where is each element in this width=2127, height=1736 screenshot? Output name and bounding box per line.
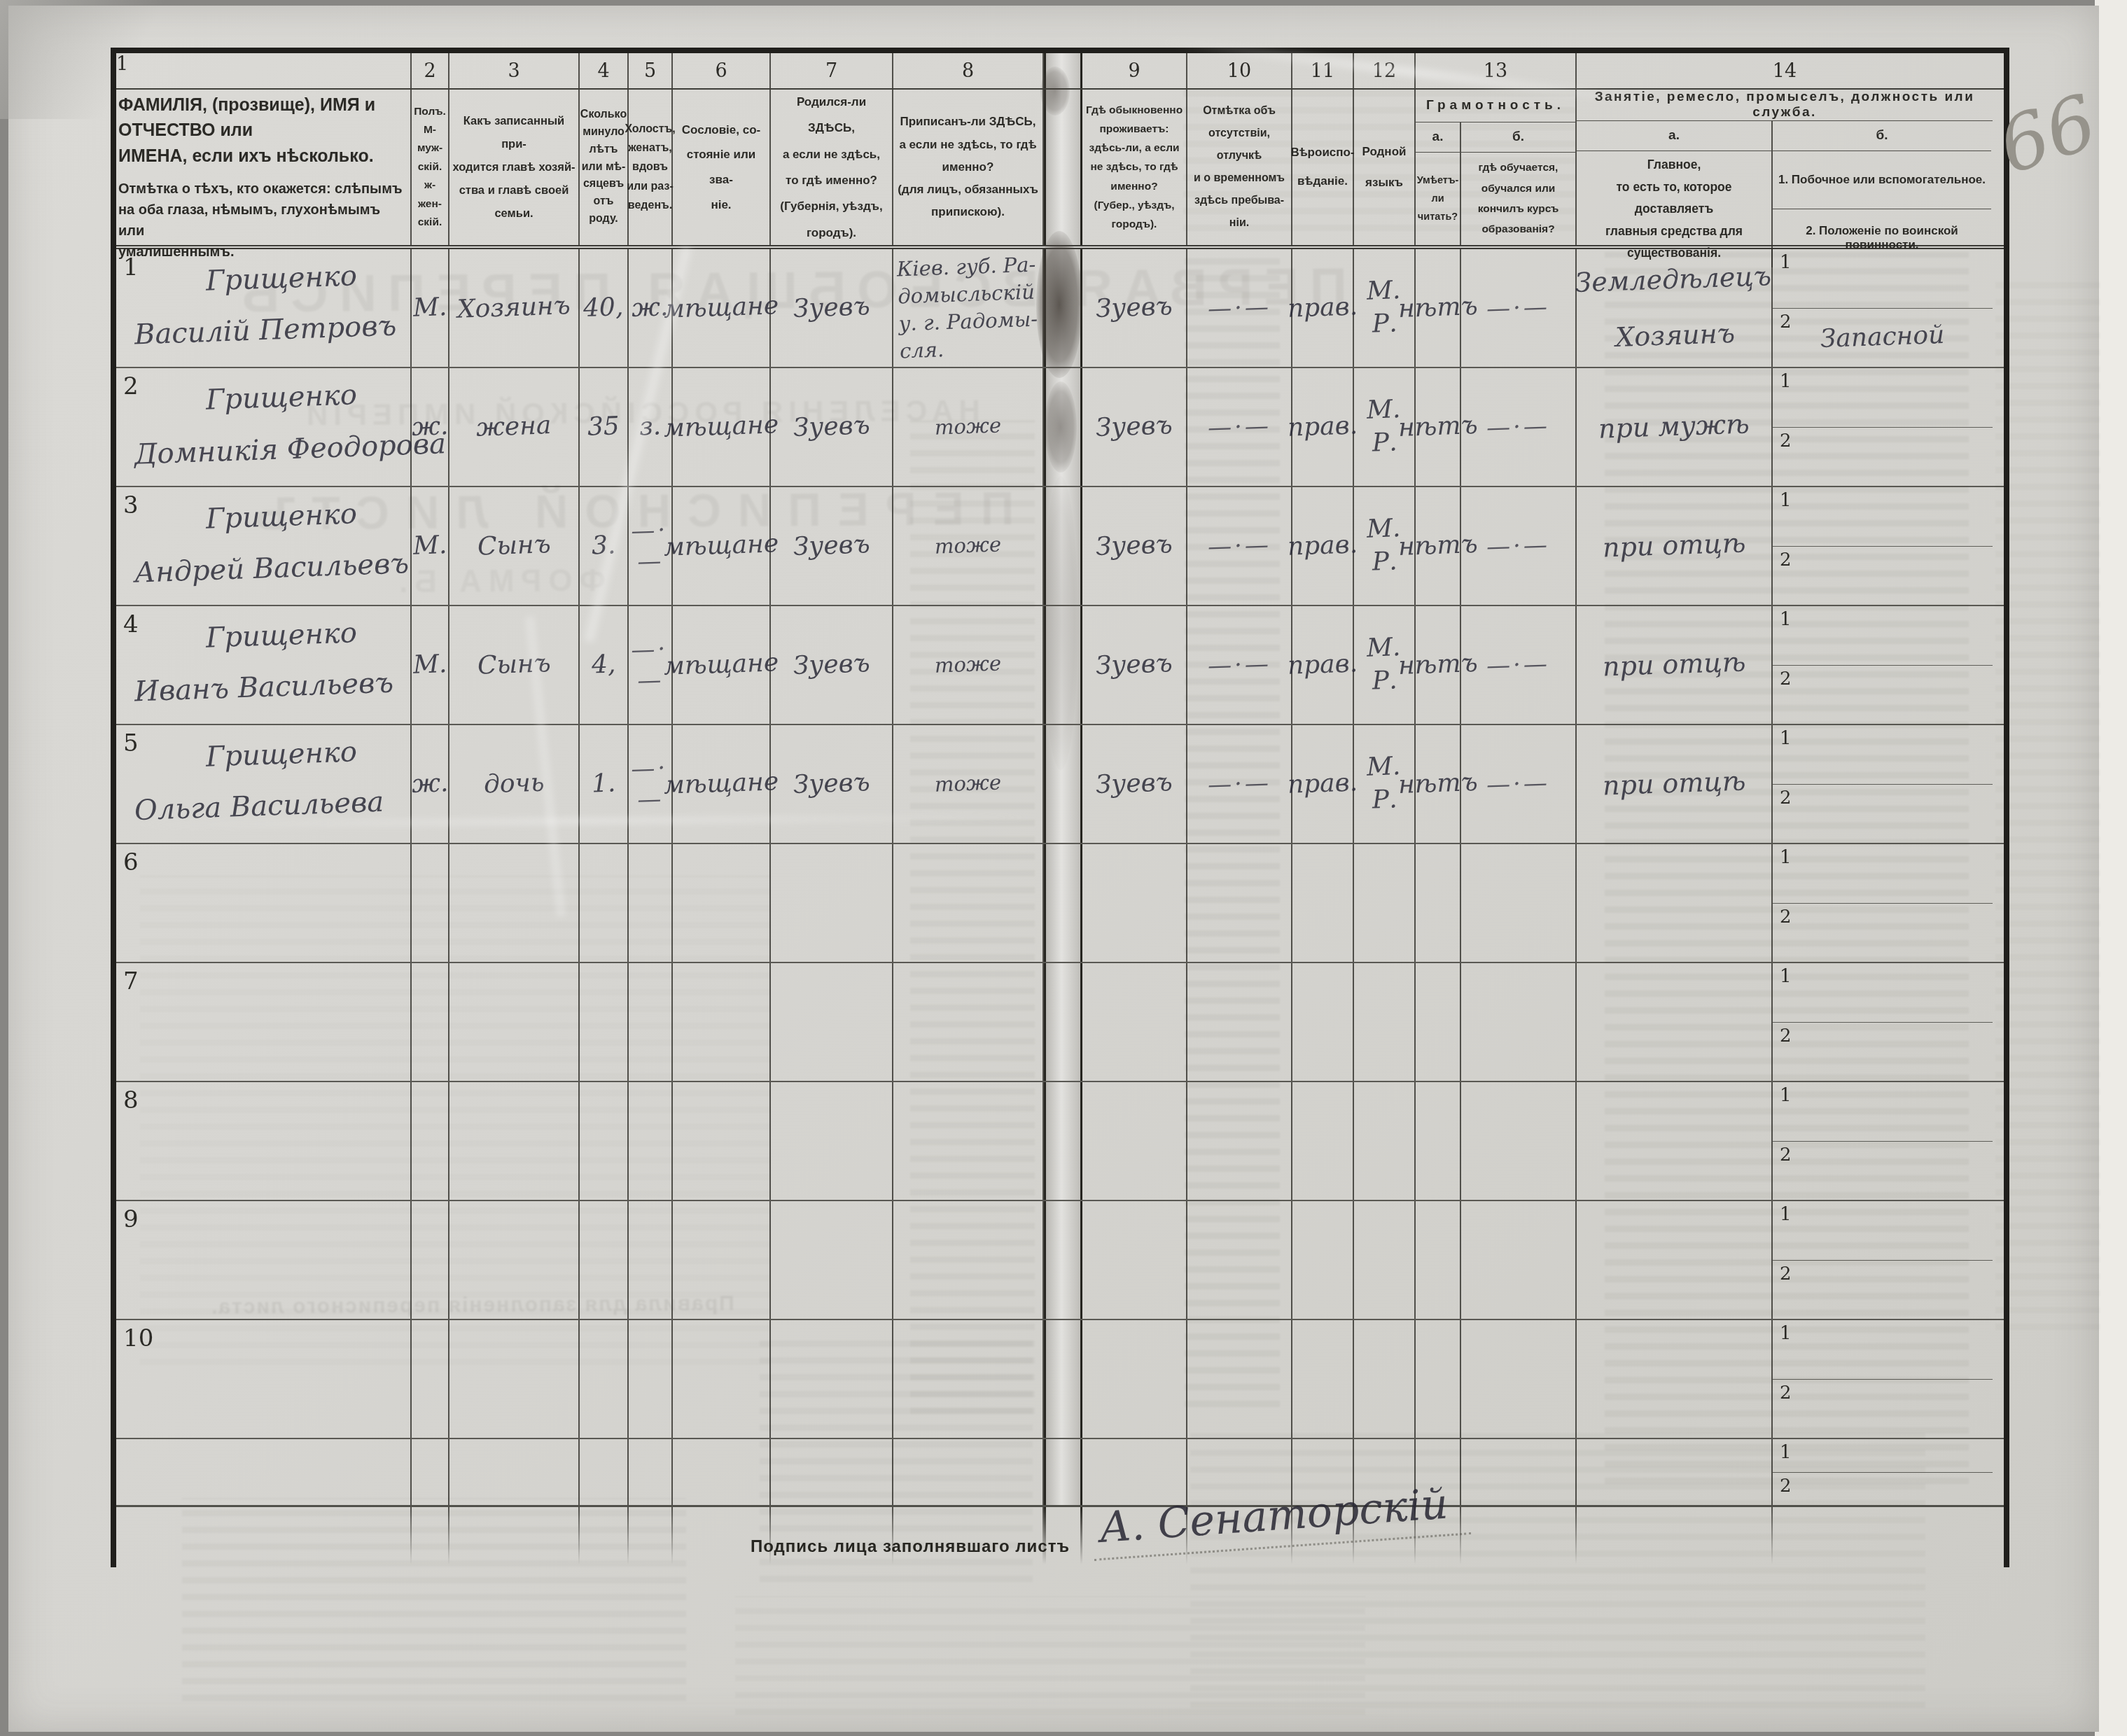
cell-c13a: нѣтъ	[1416, 249, 1461, 367]
occupation-subcell-2: 2Запасной	[1773, 308, 1993, 367]
subcell-number: 1	[1780, 1442, 1792, 1463]
header-occupation-a: а. Главное, то есть то, которое доставля…	[1577, 121, 1773, 267]
cell-c11: прав.	[1292, 368, 1354, 486]
header-name-column: ФАМИЛІЯ, (прозвище), ИМЯ и ОТЧЕСТВО или …	[116, 90, 412, 245]
handwritten-entry: при отцѣ	[1602, 516, 1747, 577]
table-row: 912	[116, 1201, 2004, 1320]
cell-c9	[1082, 1320, 1187, 1438]
header-sub-label-b: б.	[1773, 121, 1991, 151]
header-estate: Сословіе, со- стояніе или зва- ніе.	[673, 90, 771, 245]
cell-c8	[893, 844, 1044, 962]
cell-c11	[1292, 844, 1354, 962]
cell-name: 7	[116, 963, 412, 1081]
handwritten-entry: Зуевъ	[793, 290, 870, 326]
cell-c10	[1187, 1082, 1292, 1200]
handwritten-entry: Грищенко	[205, 734, 358, 776]
cell-c9	[1082, 1439, 1187, 1505]
column-number: 8	[893, 53, 1044, 88]
cell-c2	[412, 1201, 449, 1319]
subcell-number: 2	[1780, 906, 1792, 927]
cell-c4	[580, 963, 629, 1081]
occupation-subcell-1: 1	[1773, 368, 1993, 427]
handwritten-entry: М.	[412, 291, 447, 325]
table-row: 812	[116, 1082, 2004, 1201]
occupation-subcell-2: 2	[1773, 1379, 1993, 1438]
cell-name: 9	[116, 1201, 412, 1319]
cell-c11	[1292, 1201, 1354, 1319]
cell-c13b	[1461, 963, 1577, 1081]
handwritten-entry: Кіев. губ. Ра- домысльскій у. г. Радомы-…	[897, 251, 1040, 365]
occupation-subcell-1: 1	[1773, 606, 1993, 665]
subcell-number: 2	[1780, 1025, 1792, 1046]
handwritten-entry: дочь	[483, 766, 545, 801]
occupation-subcell-2: 2	[1773, 1472, 1993, 1506]
cell-c11	[1292, 1320, 1354, 1438]
cell-c14a: при отцѣ	[1577, 725, 1773, 843]
cell-c11: прав.	[1292, 487, 1354, 605]
handwritten-entry: тоже	[934, 650, 1001, 680]
cell-c2	[412, 1439, 449, 1505]
cell-c13a	[1416, 1082, 1461, 1200]
handwritten-entry: —·—	[1207, 291, 1271, 324]
cell-c2: М.	[412, 249, 449, 367]
header-marital: Холостъ, женатъ, вдовъ или раз- веденъ.	[629, 90, 673, 245]
cell-c6	[673, 1082, 771, 1200]
cell-occupation-side: 12	[1773, 1439, 1993, 1505]
handwritten-entry: ж.	[411, 410, 449, 444]
handwritten-entry: Зуевъ	[1095, 409, 1173, 445]
row-number: 9	[123, 1205, 139, 1233]
handwritten-entry: —·—	[1207, 410, 1271, 443]
cell-c6: мѣщане	[673, 725, 771, 843]
handwritten-entry: —·—	[1486, 410, 1550, 443]
cell-c13b: —·—	[1461, 725, 1577, 843]
fold-strip	[1044, 1439, 1082, 1505]
cell-c11: прав.	[1292, 725, 1354, 843]
cell-c2: ж.	[412, 368, 449, 486]
cell-c13a: нѣтъ	[1416, 487, 1461, 605]
cell-occupation-side: 12Запасной	[1773, 249, 1993, 367]
header-registration: Приписанъ-ли ЗДѢСЬ, а если не здѣсь, то …	[893, 90, 1044, 245]
cell-c14a	[1577, 1320, 1773, 1438]
cell-c7: Зуевъ	[771, 368, 893, 486]
cell-c9	[1082, 963, 1187, 1081]
cell-c9: Зуевъ	[1082, 606, 1187, 724]
handwritten-entry: мѣщане	[663, 766, 779, 802]
subcell-number: 2	[1780, 311, 1792, 332]
cell-c12	[1354, 1201, 1416, 1319]
occupation-subcell-1: 1	[1773, 725, 1993, 784]
cell-c2: М.	[412, 487, 449, 605]
cell-c13b: —·—	[1461, 249, 1577, 367]
cell-name: 4ГрищенкоИванъ Васильевъ	[116, 606, 412, 724]
handwritten-entry: М.	[412, 529, 447, 563]
cell-c6	[673, 1201, 771, 1319]
handwritten-entry: при мужѣ	[1598, 396, 1750, 457]
header-occupation-side: 1. Побочное или вспомогательное.	[1773, 151, 1991, 209]
handwritten-entry: прав.	[1287, 647, 1358, 682]
subcell-number: 1	[1780, 371, 1792, 392]
cell-c9: Зуевъ	[1082, 725, 1187, 843]
column-number: 6	[673, 53, 771, 88]
header-literacy-a: а. Умѣетъ- ли читать?	[1416, 122, 1461, 245]
header-language: Родной языкъ	[1354, 90, 1416, 245]
occupation-subcell-2: 2	[1773, 1260, 1993, 1319]
table-row: 1012	[116, 1320, 2004, 1439]
row-number: 1	[123, 253, 139, 281]
handwritten-entry: М.	[412, 648, 447, 682]
cell-c10: —·—	[1187, 606, 1292, 724]
cell-name: 8	[116, 1082, 412, 1200]
cell-name	[116, 1439, 412, 1505]
row-number: 10	[123, 1324, 153, 1352]
handwritten-entry: ж.	[411, 767, 449, 801]
column-number: 14	[1577, 53, 1993, 88]
handwritten-entry: Зуевъ	[793, 528, 870, 564]
handwritten-entry: тоже	[934, 531, 1001, 561]
fold-strip	[1044, 844, 1082, 962]
ghost-text-block	[735, 1596, 1365, 1715]
cell-c12	[1354, 1320, 1416, 1438]
cell-c11: прав.	[1292, 249, 1354, 367]
cell-occupation-side: 12	[1773, 606, 1993, 724]
cell-c7	[771, 963, 893, 1081]
handwritten-entry: 4,	[591, 648, 616, 682]
subcell-number: 1	[1780, 609, 1792, 630]
subcell-number: 1	[1780, 1204, 1792, 1225]
cell-c14a	[1577, 1439, 1773, 1505]
handwritten-entry: Андрей Васильевъ	[134, 545, 410, 591]
cell-c8: тоже	[893, 487, 1044, 605]
handwritten-entry: мѣщане	[663, 528, 779, 564]
occupation-subcell-2: 2	[1773, 1141, 1993, 1200]
cell-name: 2ГрищенкоДомникія Феодорова	[116, 368, 412, 486]
handwritten-entry: Запасной	[1820, 319, 1946, 356]
cell-c2	[412, 844, 449, 962]
subcell-number: 2	[1780, 1382, 1792, 1403]
handwritten-entry: Василій Петровъ	[134, 307, 397, 353]
occupation-subcell-2: 2	[1773, 1022, 1993, 1081]
cell-c2	[412, 1082, 449, 1200]
fold-strip	[1044, 1201, 1082, 1319]
cell-c10	[1187, 963, 1292, 1081]
cell-c10: —·—	[1187, 368, 1292, 486]
handwritten-entry: Домникія Феодорова	[134, 426, 447, 472]
cell-occupation-side: 12	[1773, 368, 1993, 486]
fold-strip	[1044, 963, 1082, 1081]
cell-c2: М.	[412, 606, 449, 724]
column-number: 7	[771, 53, 893, 88]
cell-c7	[771, 1320, 893, 1438]
cell-c5	[629, 963, 673, 1081]
header-relation: Какъ записанный при- ходится главѣ хозяй…	[449, 90, 580, 245]
row-number: 6	[123, 848, 139, 876]
fold-tear-mark	[1045, 381, 1077, 472]
cell-occupation-side: 12	[1773, 1082, 1993, 1200]
handwritten-entry: прав.	[1287, 766, 1358, 801]
cell-c10: —·—	[1187, 725, 1292, 843]
header-literacy-b: б. гдѣ обучается, обучался или кончилъ к…	[1461, 122, 1575, 245]
handwritten-entry: Зуевъ	[1095, 290, 1173, 326]
subcell-number: 1	[1780, 966, 1792, 987]
fold-strip	[1044, 1320, 1082, 1438]
cell-c4	[580, 1082, 629, 1200]
header-sex: Полъ. М-муж- скій. ж-жен- скій.	[412, 90, 449, 245]
cell-c3	[449, 963, 580, 1081]
cell-c8: Кіев. губ. Ра- домысльскій у. г. Радомы-…	[893, 249, 1044, 367]
handwritten-entry: Сынъ	[477, 528, 551, 563]
cell-c3	[449, 1082, 580, 1200]
header-residence: Гдѣ обыкновенно проживаетъ: здѣсь-ли, а …	[1082, 90, 1187, 245]
cell-c10	[1187, 1201, 1292, 1319]
cell-c8: тоже	[893, 368, 1044, 486]
header-religion: Вѣроиспо- вѣданіе.	[1292, 90, 1354, 245]
handwritten-entry: тоже	[934, 412, 1001, 442]
fold-strip	[1044, 1082, 1082, 1200]
handwritten-entry: тоже	[934, 769, 1001, 799]
cell-c7	[771, 844, 893, 962]
cell-c3: Сынъ	[449, 487, 580, 605]
occupation-subcell-1: 1	[1773, 1439, 1993, 1472]
cell-c4	[580, 1320, 629, 1438]
handwritten-entry: Зуевъ	[1095, 766, 1173, 802]
cell-occupation-side: 12	[1773, 487, 1993, 605]
table-row: 712	[116, 963, 2004, 1082]
cell-c7	[771, 1082, 893, 1200]
handwritten-entry: при отцѣ	[1602, 754, 1747, 815]
cell-c9	[1082, 1082, 1187, 1200]
handwritten-entry: при отцѣ	[1602, 635, 1747, 696]
handwritten-entry: Зуевъ	[1095, 528, 1173, 564]
cell-c10: —·—	[1187, 487, 1292, 605]
subcell-number: 1	[1780, 490, 1792, 511]
header-literacy-title: Грамотность.	[1416, 90, 1575, 122]
cell-c6: мѣщане	[673, 606, 771, 724]
table-row: 612	[116, 844, 2004, 963]
handwritten-entry: —·—	[1207, 529, 1271, 562]
cell-c14a: Земледѣлецъ Хозяинъ	[1577, 249, 1773, 367]
header-occupation-b: б. 1. Побочное или вспомогательное. 2. П…	[1773, 121, 1991, 267]
cell-c8	[893, 1082, 1044, 1200]
row-number: 8	[123, 1086, 139, 1114]
cell-c13b: —·—	[1461, 487, 1577, 605]
subcell-number: 2	[1780, 549, 1792, 570]
cell-c5	[629, 844, 673, 962]
cell-name: 3ГрищенкоАндрей Васильевъ	[116, 487, 412, 605]
cell-c12	[1354, 844, 1416, 962]
subcell-number: 1	[1780, 847, 1792, 868]
handwritten-entry: прав.	[1287, 290, 1358, 325]
cell-c6: мѣщане	[673, 368, 771, 486]
cell-c13b: —·—	[1461, 368, 1577, 486]
cell-c13a	[1416, 1201, 1461, 1319]
occupation-subcell-1: 1	[1773, 1201, 1993, 1260]
handwritten-entry: Грищенко	[205, 258, 358, 300]
header-sub-label-a: а.	[1577, 121, 1771, 151]
cell-c13a: нѣтъ	[1416, 725, 1461, 843]
cell-c13a	[1416, 963, 1461, 1081]
cell-name: 10	[116, 1320, 412, 1438]
header-sub-label-b: б.	[1461, 122, 1575, 153]
row-number: 4	[123, 610, 139, 638]
handwritten-entry: Земледѣлецъ Хозяинъ	[1574, 248, 1774, 367]
cell-occupation-side: 12	[1773, 725, 1993, 843]
cell-c10	[1187, 844, 1292, 962]
cell-c6	[673, 963, 771, 1081]
column-number: 3	[449, 53, 580, 88]
fold-tear-mark	[1036, 231, 1082, 378]
column-number: 2	[412, 53, 449, 88]
handwritten-entry: Зуевъ	[1095, 647, 1173, 683]
occupation-subcell-2: 2	[1773, 546, 1993, 605]
cell-c13b: —·—	[1461, 606, 1577, 724]
handwritten-entry: —·—	[1486, 529, 1550, 562]
row-number: 3	[123, 491, 139, 519]
subcell-number: 1	[1780, 1085, 1792, 1106]
cell-c9: Зуевъ	[1082, 487, 1187, 605]
ghost-text-block	[1995, 280, 2100, 1330]
cell-c14a: при отцѣ	[1577, 606, 1773, 724]
cell-c14a	[1577, 963, 1773, 1081]
cell-c3: жена	[449, 368, 580, 486]
cell-c11: прав.	[1292, 606, 1354, 724]
cell-c4	[580, 1201, 629, 1319]
cell-c12	[1354, 963, 1416, 1081]
subcell-number: 1	[1780, 1323, 1792, 1344]
cell-c3: Сынъ	[449, 606, 580, 724]
cell-c13a	[1416, 1320, 1461, 1438]
signature-label: Подпись лица заполнявшаго листъ	[751, 1537, 1070, 1557]
handwritten-entry: —·—	[1486, 291, 1550, 324]
subcell-number: 2	[1780, 1476, 1792, 1497]
header-absence: Отмѣтка объ отсутствіи, отлучкѣ и о врем…	[1187, 90, 1292, 245]
row-number: 7	[123, 967, 139, 995]
subcell-number: 1	[1780, 728, 1792, 749]
cell-c9: Зуевъ	[1082, 368, 1187, 486]
cell-c13b	[1461, 844, 1577, 962]
cell-c13b	[1461, 1439, 1577, 1505]
cell-c13a	[1416, 844, 1461, 962]
cell-c14a	[1577, 1201, 1773, 1319]
cell-name: 6	[116, 844, 412, 962]
handwritten-entry: мѣщане	[663, 647, 779, 683]
occupation-subcell-2: 2	[1773, 427, 1993, 486]
cell-occupation-side: 12	[1773, 963, 1993, 1081]
cell-c13b	[1461, 1320, 1577, 1438]
subcell-number: 2	[1780, 1263, 1792, 1284]
subcell-number: 2	[1780, 1144, 1792, 1165]
cell-c6	[673, 1439, 771, 1505]
cell-c3: Хозяинъ	[449, 249, 580, 367]
cell-c2	[412, 963, 449, 1081]
cell-c3	[449, 1201, 580, 1319]
cell-c7	[771, 1439, 893, 1505]
occupation-subcell-2: 2	[1773, 665, 1993, 724]
fold-tear-mark	[1040, 66, 1070, 115]
handwritten-entry: мѣщане	[663, 409, 779, 445]
cell-occupation-side: 12	[1773, 844, 1993, 962]
cell-c6: мѣщане	[673, 487, 771, 605]
subcell-number: 1	[1780, 252, 1792, 273]
column-number: 4	[580, 53, 629, 88]
handwritten-entry: —·—	[1486, 648, 1550, 681]
occupation-subcell-1: 1	[1773, 1082, 1993, 1141]
cell-c10	[1187, 1320, 1292, 1438]
occupation-subcell-1: 1	[1773, 1320, 1993, 1379]
header-age: Сколько минуло лѣтъ или мѣ- сяцевъ отъ р…	[580, 90, 629, 245]
occupation-subcell-1: 1	[1773, 487, 1993, 546]
column-number: 9	[1082, 53, 1187, 88]
occupation-subcell-2: 2	[1773, 903, 1993, 962]
subcell-number: 2	[1780, 787, 1792, 808]
handwritten-entry: Зуевъ	[793, 647, 870, 683]
column-number: 5	[629, 53, 673, 88]
handwritten-entry: Грищенко	[205, 496, 358, 538]
handwritten-entry: 35	[587, 410, 620, 444]
cell-c7: Зуевъ	[771, 725, 893, 843]
handwritten-entry: жена	[476, 409, 552, 445]
header-literacy-group: Грамотность. а. Умѣетъ- ли читать? б. гд…	[1416, 90, 1577, 245]
cell-c8	[893, 963, 1044, 1081]
handwritten-entry: Иванъ Васильевъ	[134, 665, 394, 710]
cell-occupation-side: 12	[1773, 1320, 1993, 1438]
cell-c5	[629, 1439, 673, 1505]
cell-c11	[1292, 1082, 1354, 1200]
census-sheet-scan: ПЕРВАЯ ВСЕОБЩАЯ ПЕРЕПИСЬ НАСЕЛЕНІЯ РОССІ…	[0, 0, 2127, 1736]
row-number: 2	[123, 372, 139, 400]
cell-c9	[1082, 844, 1187, 962]
cell-c13a: нѣтъ	[1416, 368, 1461, 486]
handwritten-entry: —·—	[1207, 767, 1271, 800]
header-can-read: Умѣетъ- ли читать?	[1416, 153, 1460, 245]
header-name-title: ФАМИЛІЯ, (прозвище), ИМЯ и ОТЧЕСТВО или …	[118, 92, 408, 169]
subcell-number: 2	[1780, 668, 1792, 689]
cell-c9: Зуевъ	[1082, 249, 1187, 367]
occupation-subcell-1: 1	[1773, 844, 1993, 903]
occupation-subcell-2: 2	[1773, 784, 1993, 843]
cell-c4: 1.	[580, 725, 629, 843]
subcell-number: 2	[1780, 430, 1792, 451]
header-education: гдѣ обучается, обучался или кончилъ курс…	[1461, 153, 1575, 245]
cell-name: 1ГрищенкоВасилій Петровъ	[116, 249, 412, 367]
handwritten-entry: Грищенко	[205, 615, 358, 657]
occupation-subcell-1: 1	[1773, 249, 1993, 308]
handwritten-entry: —·—	[1486, 767, 1550, 800]
header-occupation-group: Занятіе, ремесло, промыселъ, должность и…	[1577, 90, 1993, 245]
cell-c7: Зуевъ	[771, 487, 893, 605]
cell-c8: тоже	[893, 725, 1044, 843]
cell-c5	[629, 1320, 673, 1438]
cell-c14a: при отцѣ	[1577, 487, 1773, 605]
handwritten-entry: Зуевъ	[793, 766, 870, 802]
cell-occupation-side: 12	[1773, 1201, 1993, 1319]
handwritten-entry: —·—	[1207, 648, 1271, 681]
table-row: 12	[116, 1439, 2004, 1507]
cell-c2	[412, 1320, 449, 1438]
cell-c8	[893, 1320, 1044, 1438]
cell-c4	[580, 1439, 629, 1505]
handwritten-entry: Хозяинъ	[456, 290, 571, 326]
handwritten-entry: прав.	[1287, 409, 1358, 444]
cell-c5	[629, 1201, 673, 1319]
cell-c13a: нѣтъ	[1416, 606, 1461, 724]
cell-c14a	[1577, 1082, 1773, 1200]
cell-c14a	[1577, 844, 1773, 962]
cell-c7: Зуевъ	[771, 606, 893, 724]
cell-c8	[893, 1201, 1044, 1319]
cell-c10: —·—	[1187, 249, 1292, 367]
handwritten-entry: 40,	[583, 291, 625, 325]
